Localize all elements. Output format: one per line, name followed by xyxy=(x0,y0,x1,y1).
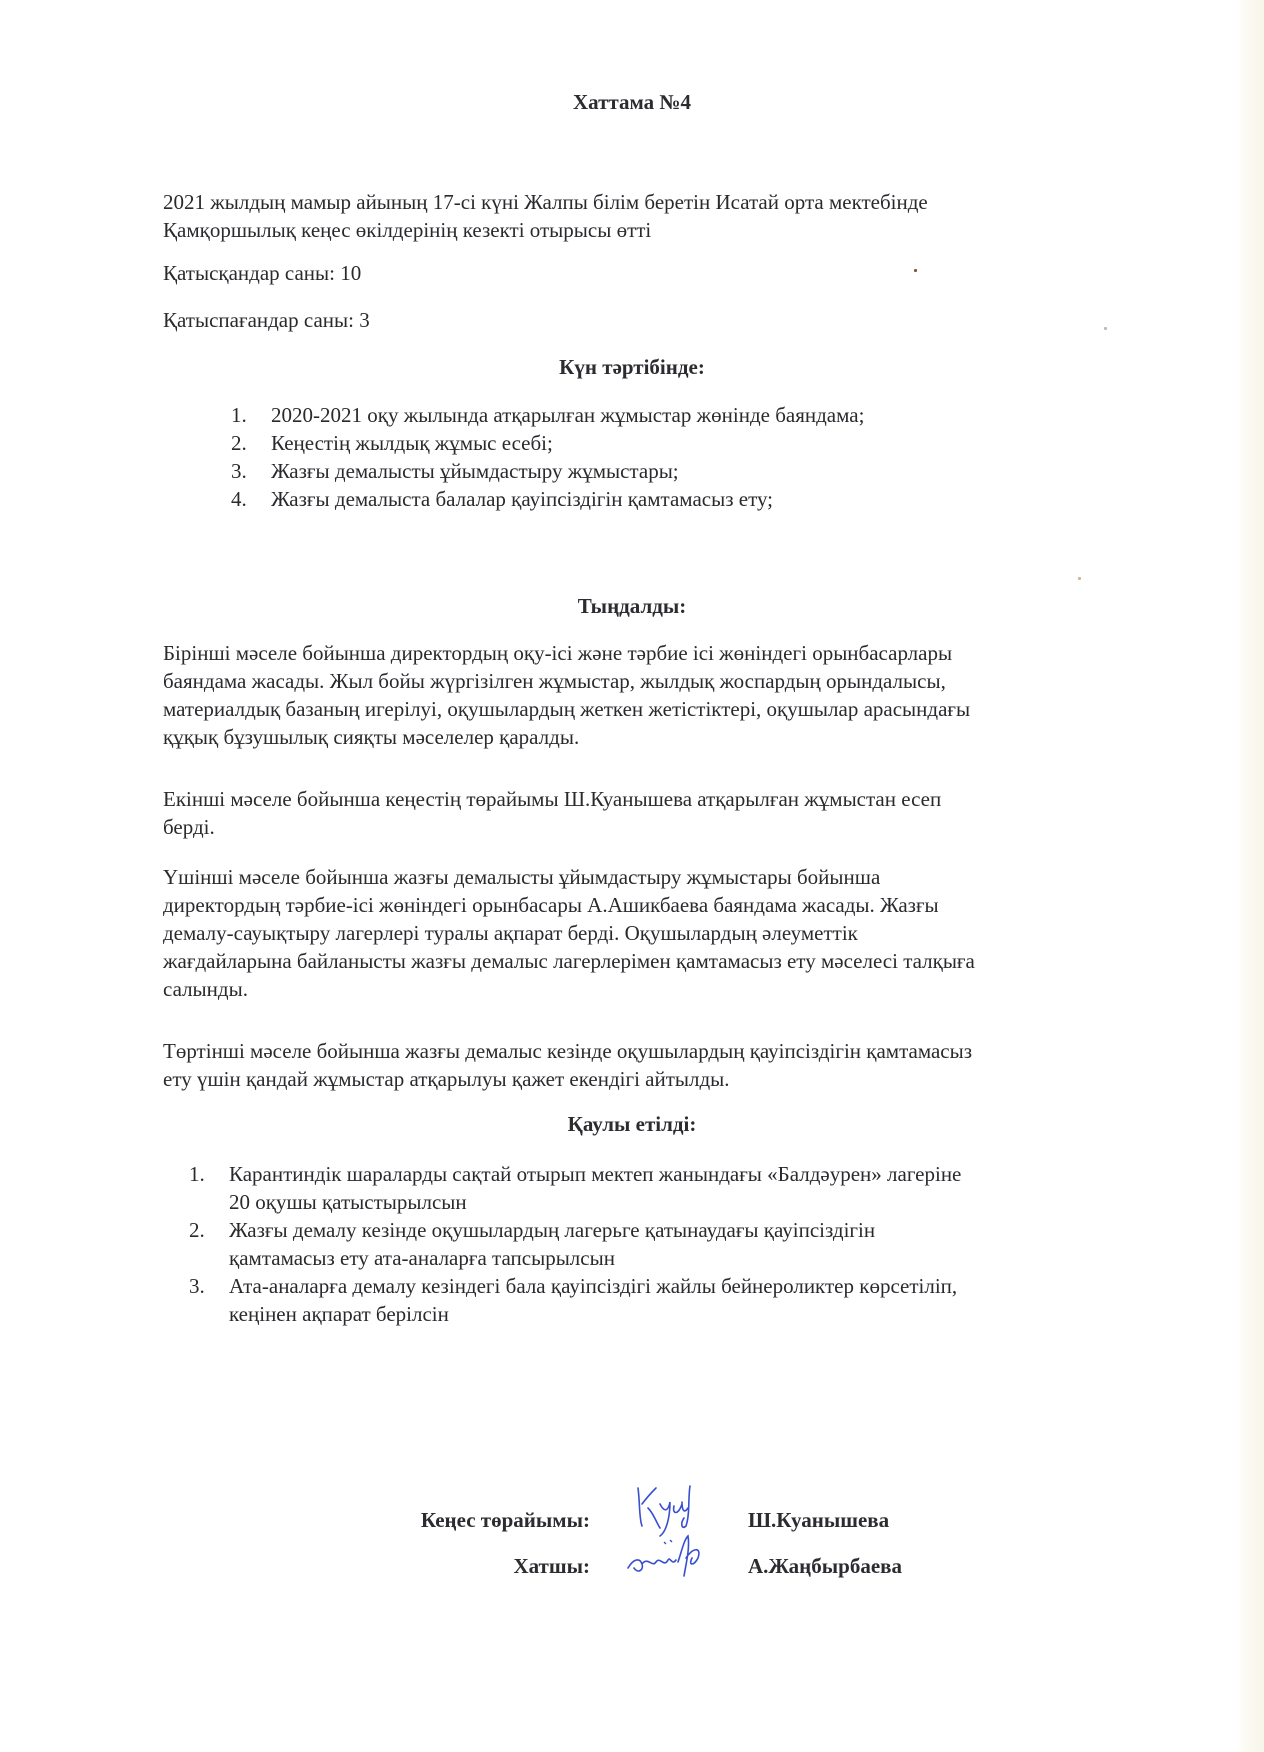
document-title: Хаттама №4 xyxy=(0,90,1264,115)
intro-line: Қамқоршылық кеңес өкілдерінің кезекті от… xyxy=(163,218,651,242)
intro-line: 2021 жылдың мамыр айының 17-сі күні Жалп… xyxy=(163,190,928,214)
agenda-heading: Күн тәртібінде: xyxy=(0,355,1264,380)
item-text: Жазғы демалысты ұйымдастыру жұмыстары; xyxy=(271,459,679,483)
scan-speck xyxy=(1104,327,1107,330)
resolution-item: 3.Ата-аналарға демалу кезіндегі бала қау… xyxy=(189,1272,961,1328)
heard-paragraph-1: Бірінші мәселе бойынша директордың оқу-і… xyxy=(163,639,1123,751)
item-number: 4. xyxy=(231,485,247,513)
text-line: материалдық базаның игерілуі, оқушыларды… xyxy=(163,697,970,721)
role-label: Хатшы: xyxy=(290,1554,590,1579)
resolved-list: 1.Карантиндік шараларды сақтай отырып ме… xyxy=(189,1160,961,1328)
resolution-item: 2.Жазғы демалу кезінде оқушылардың лагер… xyxy=(189,1216,961,1272)
signer-name: Ш.Куанышева xyxy=(748,1508,889,1533)
text-line: жағдайларына байланысты жазғы демалыс ла… xyxy=(163,949,975,973)
item-number: 1. xyxy=(189,1160,205,1188)
text-line: директордың тәрбие-ісі жөніндегі орынбас… xyxy=(163,893,939,917)
attended-count: Қатысқандар саны: 10 xyxy=(163,259,1123,287)
text-line: ету үшін қандай жұмыстар атқарылуы қажет… xyxy=(163,1067,730,1091)
text-line: кеңінен ақпарат берілсін xyxy=(229,1302,449,1326)
handwritten-signature-icon xyxy=(622,1528,712,1584)
item-text: Жазғы демалыста балалар қауіпсіздігін қа… xyxy=(271,487,773,511)
agenda-list: 1.2020-2021 оқу жылында атқарылған жұмыс… xyxy=(231,401,864,513)
text-line: Бірінші мәселе бойынша директордың оқу-і… xyxy=(163,641,952,665)
text-line: Екінші мәселе бойынша кеңестің төрайымы … xyxy=(163,787,941,811)
text-line: демалу-сауықтыру лагерлері туралы ақпара… xyxy=(163,921,858,945)
text-line: берді. xyxy=(163,815,215,839)
agenda-item: 3.Жазғы демалысты ұйымдастыру жұмыстары; xyxy=(231,457,864,485)
heard-heading: Тыңдалды: xyxy=(0,594,1264,619)
resolved-heading: Қаулы етілді: xyxy=(0,1112,1264,1137)
absent-count: Қатыспағандар саны: 3 xyxy=(163,306,1123,334)
agenda-item: 1.2020-2021 оқу жылында атқарылған жұмыс… xyxy=(231,401,864,429)
heard-paragraph-2: Екінші мәселе бойынша кеңестің төрайымы … xyxy=(163,785,1123,841)
heard-paragraph-3: Үшінші мәселе бойынша жазғы демалысты ұй… xyxy=(163,863,1123,1003)
intro-paragraph: 2021 жылдың мамыр айының 17-сі күні Жалп… xyxy=(163,188,1123,244)
text-line: Төртінші мәселе бойынша жазғы демалыс ке… xyxy=(163,1039,972,1063)
text-line: баяндама жасады. Жыл бойы жүргізілген жұ… xyxy=(163,669,946,693)
item-text: 2020-2021 оқу жылында атқарылған жұмыста… xyxy=(271,403,864,427)
text-line: Жазғы демалу кезінде оқушылардың лагерьг… xyxy=(229,1218,875,1242)
scan-edge-shadow xyxy=(1236,0,1264,1752)
text-line: құқық бұзушылық сияқты мәселелер қаралды… xyxy=(163,725,579,749)
text-line: Карантиндік шараларды сақтай отырып мект… xyxy=(229,1162,961,1186)
item-number: 2. xyxy=(189,1216,205,1244)
scan-speck xyxy=(914,269,917,272)
agenda-item: 4.Жазғы демалыста балалар қауіпсіздігін … xyxy=(231,485,864,513)
agenda-item: 2.Кеңестің жылдық жұмыс есебі; xyxy=(231,429,864,457)
resolution-item: 1.Карантиндік шараларды сақтай отырып ме… xyxy=(189,1160,961,1216)
signer-name: А.Жаңбырбаева xyxy=(748,1554,902,1579)
item-number: 3. xyxy=(231,457,247,485)
item-text: Кеңестің жылдық жұмыс есебі; xyxy=(271,431,553,455)
item-number: 3. xyxy=(189,1272,205,1300)
text-line: қамтамасыз ету ата-аналарға тапсырылсын xyxy=(229,1246,615,1270)
text-line: Ата-аналарға демалу кезіндегі бала қауіп… xyxy=(229,1274,957,1298)
heard-paragraph-4: Төртінші мәселе бойынша жазғы демалыс ке… xyxy=(163,1037,1123,1093)
text-line: салынды. xyxy=(163,977,248,1001)
role-label: Кеңес төрайымы: xyxy=(290,1508,590,1533)
scan-speck xyxy=(1078,577,1081,580)
item-number: 1. xyxy=(231,401,247,429)
text-line: Үшінші мәселе бойынша жазғы демалысты ұй… xyxy=(163,865,880,889)
protocol-page: Хаттама №4 2021 жылдың мамыр айының 17-с… xyxy=(0,0,1264,1752)
item-number: 2. xyxy=(231,429,247,457)
text-line: 20 оқушы қатыстырылсын xyxy=(229,1190,467,1214)
